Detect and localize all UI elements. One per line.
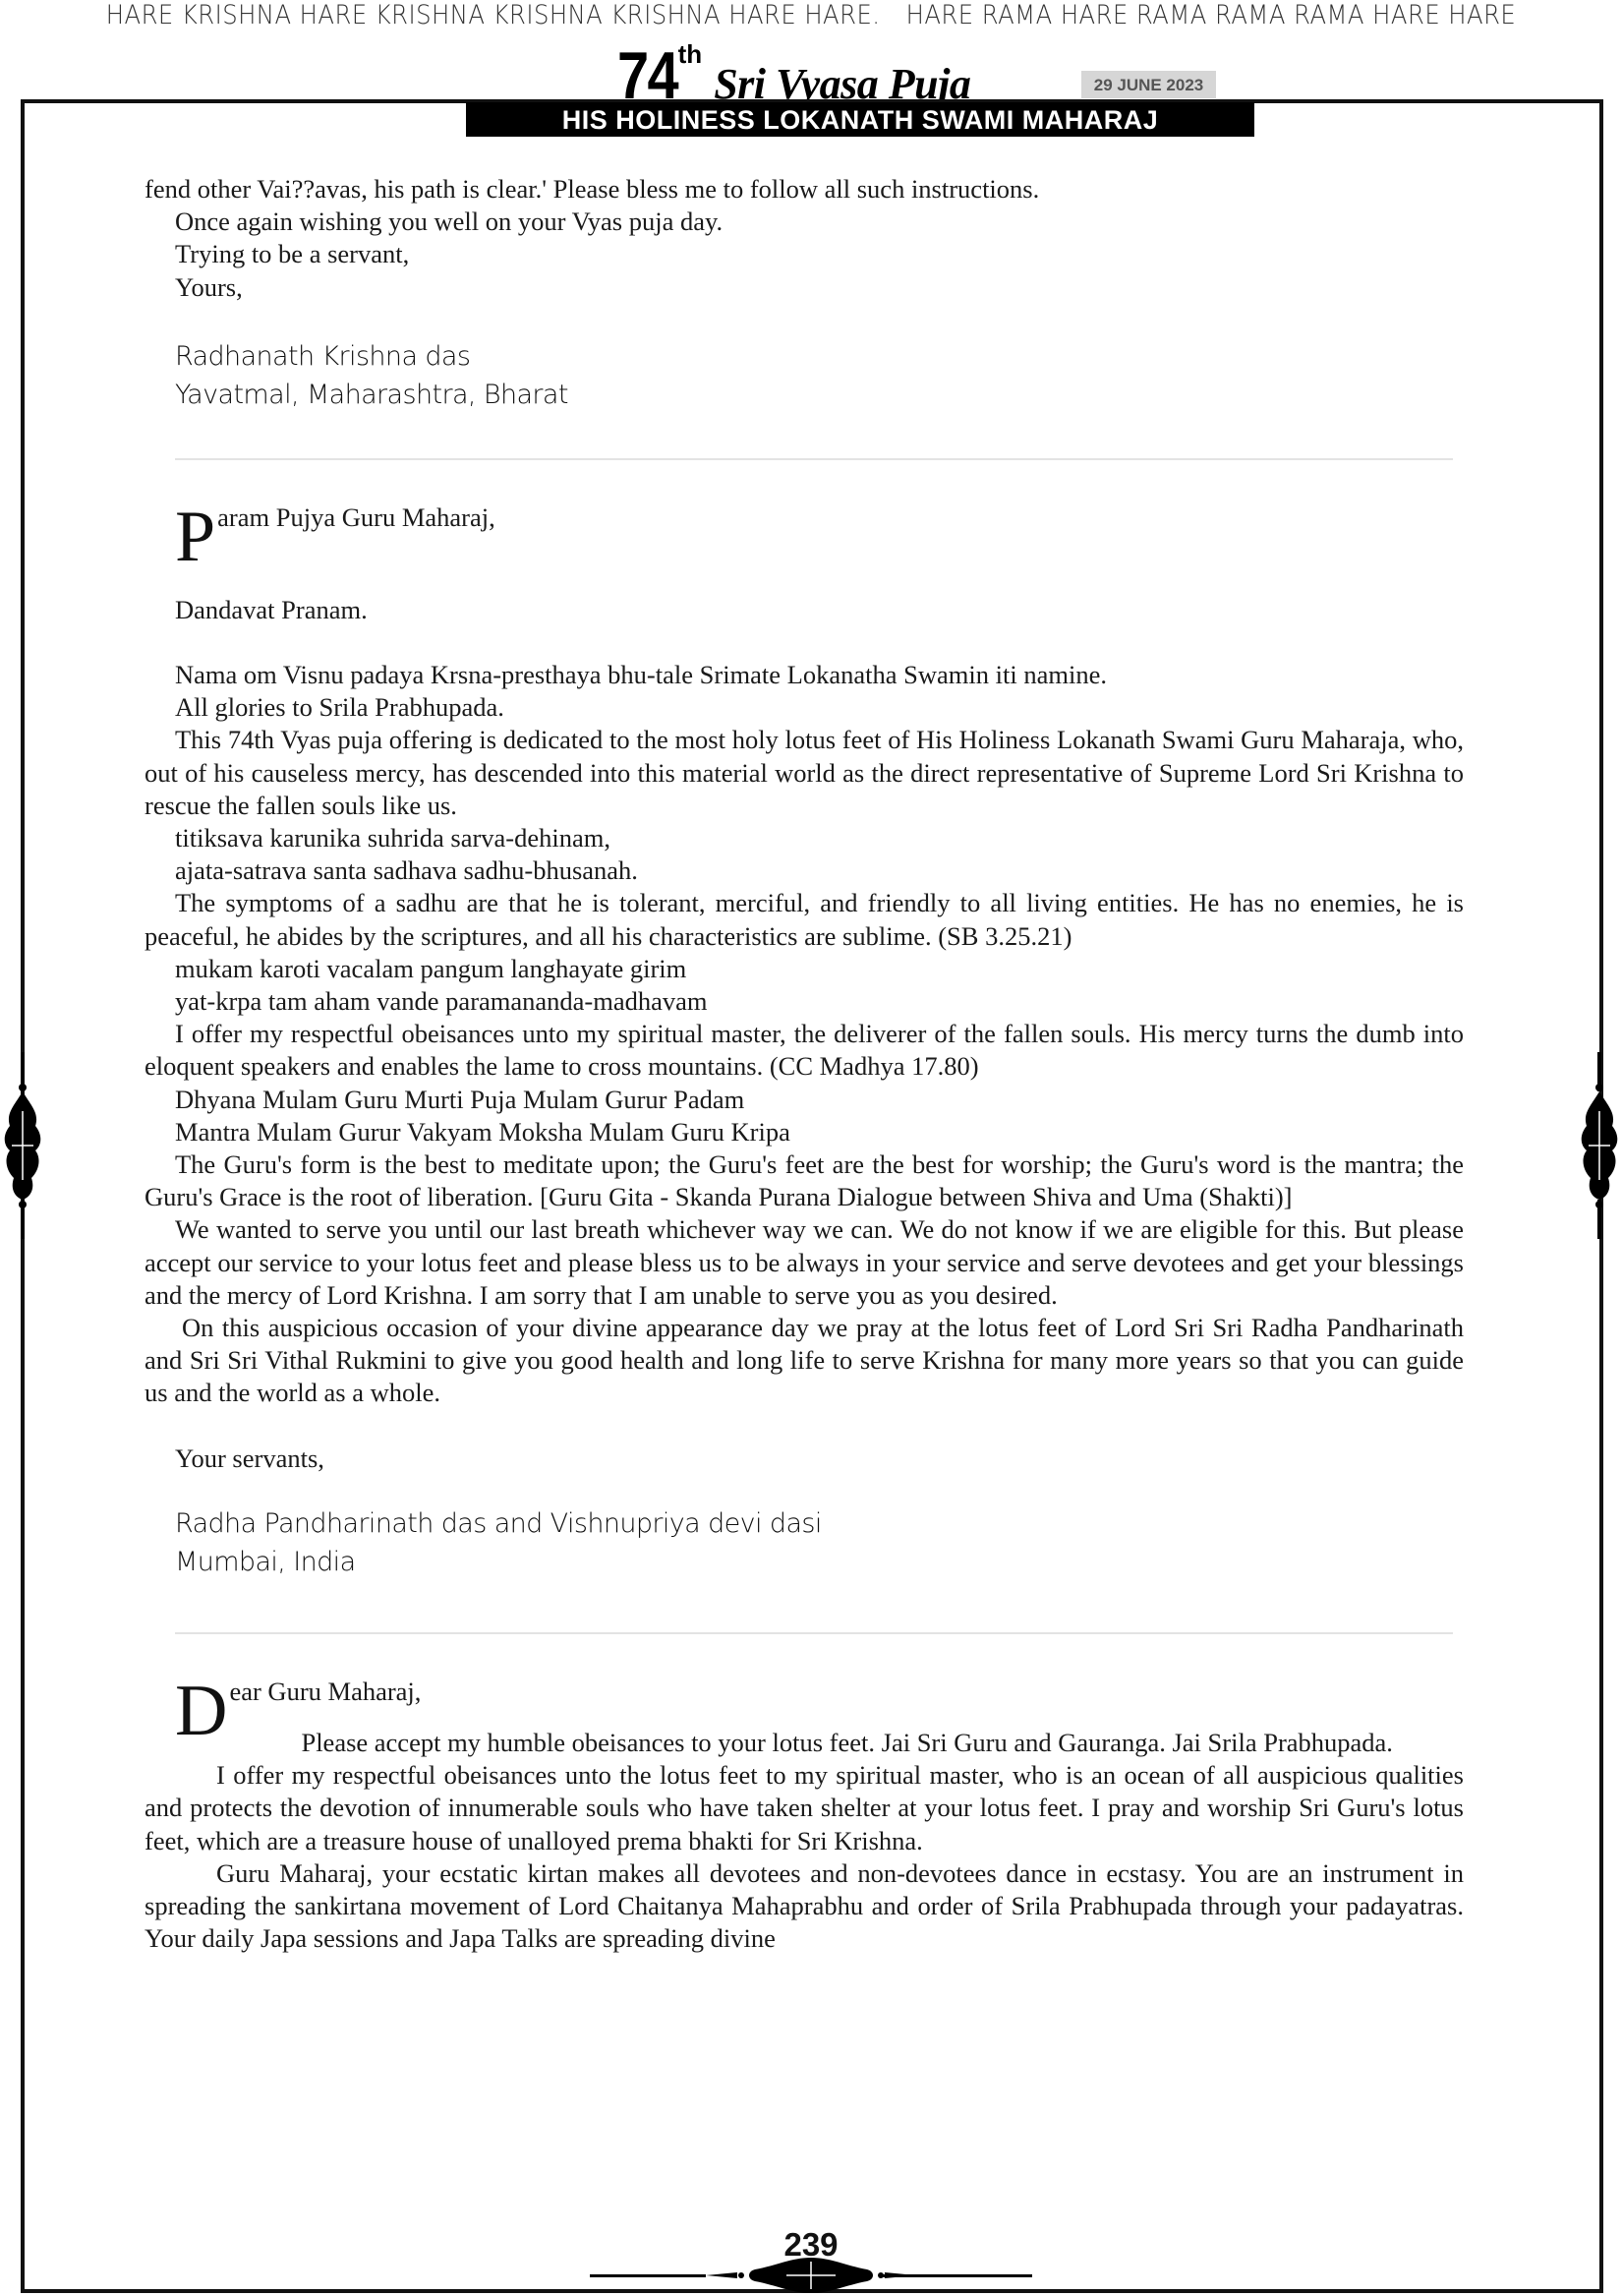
letter2-paragraph: I offer my respectful obeisances unto my… [145, 1018, 1464, 1083]
letter2-verse-line: mukam karoti vacalam pangum langhayate g… [145, 953, 1464, 985]
letter3-salutation-text: ear Guru Maharaj, [229, 1674, 421, 1708]
letter2-paragraph: Nama om Visnu padaya Krsna-presthaya bhu… [145, 659, 1464, 691]
ornament-right-icon [1577, 1052, 1622, 1239]
letter1-closing: Yours, [145, 271, 1464, 304]
letter3-paragraph: I offer my respectful obeisances unto th… [145, 1759, 1464, 1857]
letter1-signature-name: Radhanath Krishna das [145, 337, 1464, 376]
ornament-left-icon [0, 1052, 45, 1239]
letter2-dropcap: P [175, 507, 215, 566]
letter2-closing: Your servants, [145, 1442, 1464, 1475]
ornament-flourish-icon [590, 2256, 1032, 2296]
letter2-paragraph: On this auspicious occasion of your divi… [145, 1312, 1464, 1410]
mantra-right: HARE RAMA HARE RAMA RAMA RAMA HARE HARE [906, 0, 1517, 30]
letter1-line: Trying to be a servant, [145, 238, 1464, 270]
letter3-dropcap: D [175, 1681, 227, 1740]
letter1-line: Once again wishing you well on your Vyas… [145, 206, 1464, 238]
letter1-line: fend other Vai??avas, his path is clear.… [145, 173, 1464, 206]
letter2-salutation-text: aram Pujya Guru Maharaj, [217, 500, 495, 534]
letter2-paragraph: This 74th Vyas puja offering is dedicate… [145, 724, 1464, 822]
letter2-paragraph: We wanted to serve you until our last br… [145, 1213, 1464, 1312]
date-tag: 29 JUNE 2023 [1081, 71, 1216, 98]
letter2-paragraph: All glories to Srila Prabhupada. [145, 691, 1464, 724]
page-title-block: 74th Sri Vyasa Puja 29 JUNE 2023 [0, 33, 1622, 102]
banner-title: HIS HOLINESS LOKANATH SWAMI MAHARAJ [466, 102, 1254, 137]
title-suffix: th [678, 39, 703, 69]
letter2-paragraph: The Guru's form is the best to meditate … [145, 1148, 1464, 1213]
letter3-salutation: D ear Guru Maharaj, [145, 1674, 1464, 1733]
letter2-signature-name: Radha Pandharinath das and Vishnupriya d… [145, 1504, 1464, 1543]
letter2-verse-line: yat-krpa tam aham vande paramananda-madh… [145, 985, 1464, 1018]
letter1-signature-place: Yavatmal, Maharashtra, Bharat [145, 376, 1464, 414]
page-content: fend other Vai??avas, his path is clear.… [145, 173, 1464, 1955]
letter2-verse-line: Dhyana Mulam Guru Murti Puja Mulam Gurur… [145, 1084, 1464, 1116]
letter2-verse-line: Mantra Mulam Gurur Vakyam Moksha Mulam G… [145, 1116, 1464, 1148]
letter2-salutation: P aram Pujya Guru Maharaj, [145, 500, 1464, 559]
letter2-verse-line: titiksava karunika suhrida sarva-dehinam… [145, 822, 1464, 854]
letter2-paragraph: The symptoms of a sadhu are that he is t… [145, 887, 1464, 952]
letter2-signature-place: Mumbai, India [145, 1543, 1464, 1581]
mantra-left: HARE KRISHNA HARE KRISHNA KRISHNA KRISHN… [106, 0, 881, 30]
letter2-greeting: Dandavat Pranam. [145, 594, 1464, 626]
mantra-header: HARE KRISHNA HARE KRISHNA KRISHNA KRISHN… [82, 0, 1541, 35]
letter3-paragraph: Guru Maharaj, your ecstatic kirtan makes… [145, 1857, 1464, 1956]
letter2-verse-line: ajata-satrava santa sadhava sadhu-bhusan… [145, 854, 1464, 887]
